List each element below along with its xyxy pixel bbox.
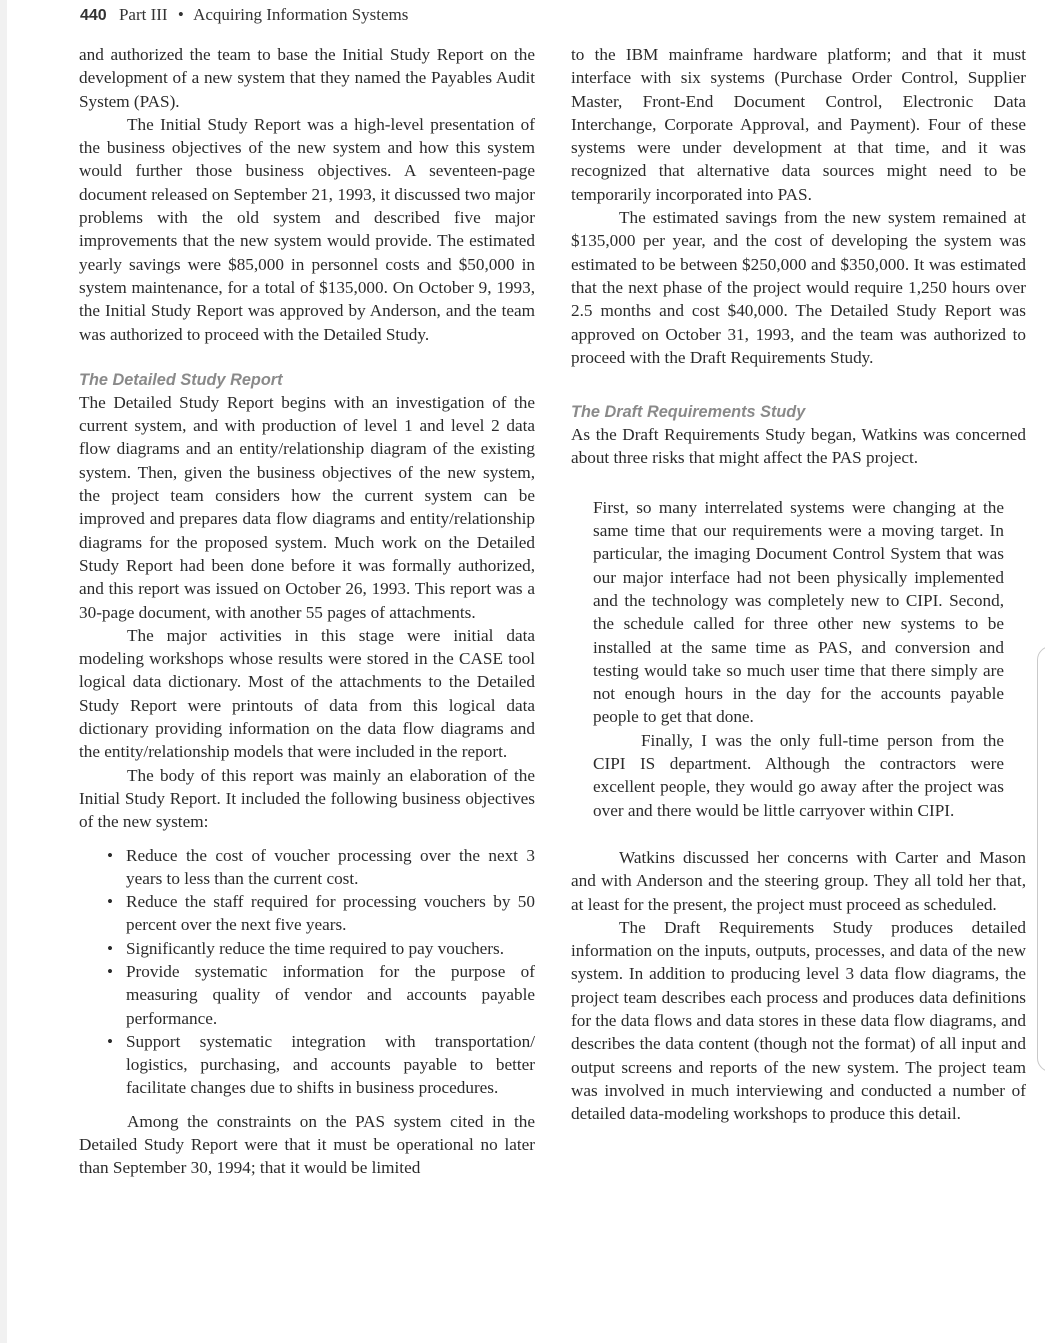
list-item: •Reduce the cost of voucher processing o… xyxy=(126,844,535,891)
side-handle[interactable] xyxy=(1037,646,1045,1072)
quote-paragraph: Finally, I was the only full-time person… xyxy=(593,729,1004,822)
paragraph: to the IBM mainframe hardware platform; … xyxy=(571,43,1026,206)
section-heading-draft-requirements: The Draft Requirements Study xyxy=(571,401,1026,423)
page-number: 440 xyxy=(80,7,107,24)
paragraph: The Initial Study Report was a high-leve… xyxy=(79,113,535,346)
bullet-icon: • xyxy=(107,844,113,867)
list-item: •Reduce the staff required for processin… xyxy=(126,890,535,937)
paragraph: The major activities in this stage were … xyxy=(79,624,535,764)
bullet-icon: • xyxy=(107,960,113,983)
paragraph: As the Draft Requirements Study began, W… xyxy=(571,423,1026,470)
running-header: 440 Part III • Acquiring Information Sys… xyxy=(80,4,408,27)
paragraph: The estimated savings from the new syste… xyxy=(571,206,1026,369)
paragraph: Watkins discussed her concerns with Cart… xyxy=(571,846,1026,916)
block-quote: First, so many interrelated systems were… xyxy=(593,496,1004,822)
bullet-icon: • xyxy=(107,1030,113,1053)
list-item: •Provide systematic information for the … xyxy=(126,960,535,1030)
quote-paragraph: First, so many interrelated systems were… xyxy=(593,496,1004,729)
bullet-icon: • xyxy=(107,937,113,960)
part-label: Part III xyxy=(119,5,168,24)
section-heading-detailed-study: The Detailed Study Report xyxy=(79,369,535,391)
objectives-list: •Reduce the cost of voucher processing o… xyxy=(79,844,535,1100)
paragraph: The body of this report was mainly an el… xyxy=(79,764,535,834)
right-column: to the IBM mainframe hardware platform; … xyxy=(571,43,1026,1125)
list-item: •Significantly reduce the time required … xyxy=(126,937,535,960)
paragraph: The Detailed Study Report begins with an… xyxy=(79,391,535,624)
paragraph: and authorized the team to base the Init… xyxy=(79,43,535,113)
list-item: •Support systematic integration with tra… xyxy=(126,1030,535,1100)
left-column: and authorized the team to base the Init… xyxy=(79,43,535,1180)
page-edge-strip xyxy=(0,0,7,1343)
section-title: Acquiring Information Systems xyxy=(193,5,408,24)
paragraph: Among the constraints on the PAS system … xyxy=(79,1110,535,1180)
paragraph: The Draft Requirements Study produces de… xyxy=(571,916,1026,1126)
header-separator: • xyxy=(178,5,184,24)
bullet-icon: • xyxy=(107,890,113,913)
